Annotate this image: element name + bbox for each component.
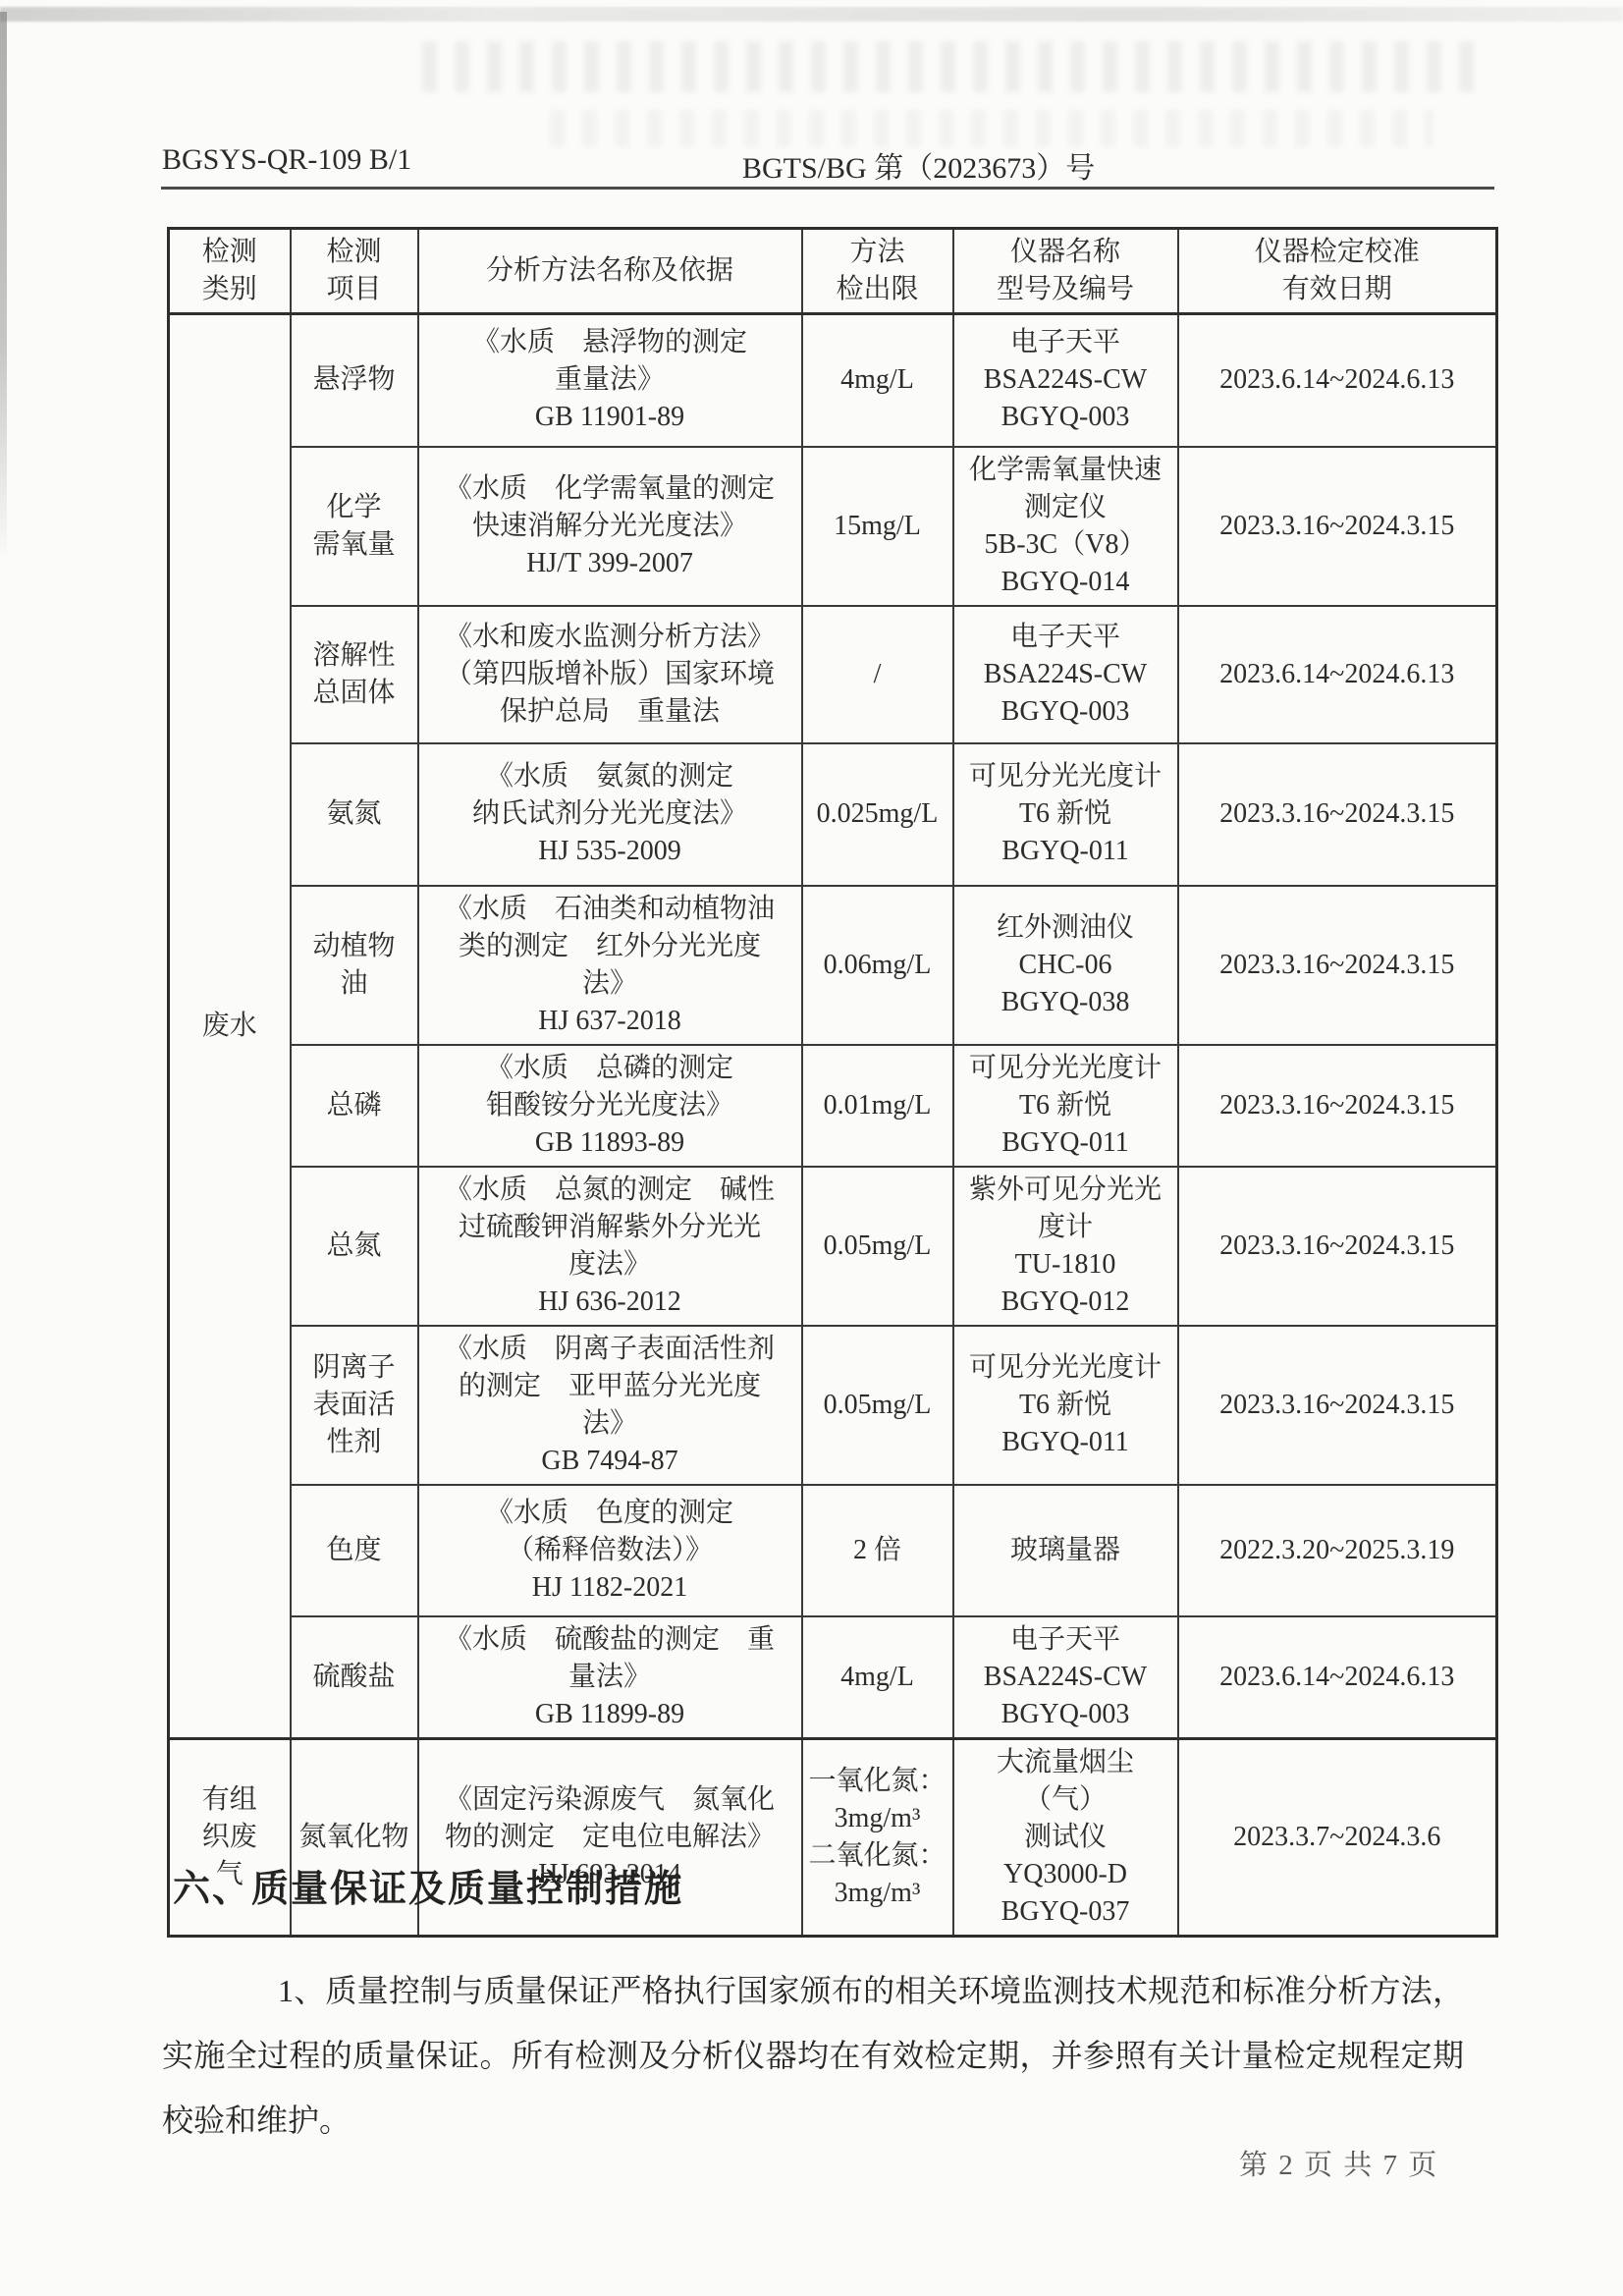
cell-method: 《水质 硫酸盐的测定 重 量法》 GB 11899-89: [418, 1616, 802, 1739]
cell-limit: 一氧化氮： 3mg/m³ 二氧化氮： 3mg/m³: [802, 1738, 953, 1936]
cell-instrument: 可见分光光度计 T6 新悦 BGYQ-011: [953, 1045, 1178, 1167]
cell-instrument: 电子天平 BSA224S-CW BGYQ-003: [953, 314, 1178, 447]
cell-method: 《水质 总氮的测定 碱性 过硫酸钾消解紫外分光光 度法》 HJ 636-2012: [418, 1167, 802, 1326]
cell-item: 悬浮物: [291, 314, 418, 447]
table-row: 溶解性 总固体 《水和废水监测分析方法》 （第四版增补版）国家环境 保护总局 重…: [169, 606, 1497, 743]
table-header-row: 检测 类别 检测 项目 分析方法名称及依据 方法 检出限 仪器名称 型号及编号 …: [169, 229, 1497, 314]
cell-item: 总氮: [291, 1167, 418, 1326]
cell-instrument: 电子天平 BSA224S-CW BGYQ-003: [953, 1616, 1178, 1739]
cell-instrument: 可见分光光度计 T6 新悦 BGYQ-011: [953, 1326, 1178, 1485]
cell-item: 化学 需氧量: [291, 447, 418, 606]
cell-instrument: 紫外可见分光光 度计 TU-1810 BGYQ-012: [953, 1167, 1178, 1326]
cell-method: 《水质 总磷的测定 钼酸铵分光光度法》 GB 11893-89: [418, 1045, 802, 1167]
cell-valid-date: 2023.3.16~2024.3.15: [1178, 886, 1497, 1045]
cell-valid-date: 2023.3.16~2024.3.15: [1178, 743, 1497, 886]
form-code: BGSYS-QR-109 B/1: [162, 143, 411, 177]
scan-left-edge-artifact: [0, 12, 7, 562]
cell-category-wastewater: 废水: [169, 314, 291, 1739]
col-header-category: 检测 类别: [169, 229, 291, 314]
table-row: 动植物 油 《水质 石油类和动植物油 类的测定 红外分光光度 法》 HJ 637…: [169, 886, 1497, 1045]
cell-method: 《水质 悬浮物的测定 重量法》 GB 11901-89: [418, 314, 802, 447]
cell-limit: 0.025mg/L: [802, 743, 953, 886]
cell-valid-date: 2023.6.14~2024.6.13: [1178, 314, 1497, 447]
cell-method: 《水质 色度的测定 （稀释倍数法）》 HJ 1182-2021: [418, 1485, 802, 1616]
scan-top-edge-artifact: [0, 7, 1623, 22]
cell-method: 《水和废水监测分析方法》 （第四版增补版）国家环境 保护总局 重量法: [418, 606, 802, 743]
cell-item: 硫酸盐: [291, 1616, 418, 1739]
cell-method: 《水质 石油类和动植物油 类的测定 红外分光光度 法》 HJ 637-2018: [418, 886, 802, 1045]
cell-limit: 0.05mg/L: [802, 1326, 953, 1485]
col-header-method: 分析方法名称及依据: [418, 229, 802, 314]
table-row: 总氮 《水质 总氮的测定 碱性 过硫酸钾消解紫外分光光 度法》 HJ 636-2…: [169, 1167, 1497, 1326]
report-number: BGTS/BG 第（2023673）号: [742, 143, 1095, 187]
cell-limit: 0.01mg/L: [802, 1045, 953, 1167]
cell-method: 《水质 化学需氧量的测定 快速消解分光光度法》 HJ/T 399-2007: [418, 447, 802, 606]
cell-valid-date: 2022.3.20~2025.3.19: [1178, 1485, 1497, 1616]
header-divider-line: [161, 187, 1494, 190]
cell-item: 总磷: [291, 1045, 418, 1167]
cell-valid-date: 2023.3.7~2024.3.6: [1178, 1738, 1497, 1936]
col-header-instrument: 仪器名称 型号及编号: [953, 229, 1178, 314]
section-title: 六、质量保证及质量控制措施: [173, 1858, 683, 1912]
col-header-detection-limit: 方法 检出限: [802, 229, 953, 314]
ink-bleedthrough-artifact: [422, 41, 1483, 92]
cell-item: 溶解性 总固体: [291, 606, 418, 743]
cell-limit: /: [802, 606, 953, 743]
cell-valid-date: 2023.3.16~2024.3.15: [1178, 1326, 1497, 1485]
page-number-indicator: 第 2 页 共 7 页: [1239, 2143, 1438, 2183]
cell-method: 《水质 氨氮的测定 纳氏试剂分光光度法》 HJ 535-2009: [418, 743, 802, 886]
cell-valid-date: 2023.6.14~2024.6.13: [1178, 606, 1497, 743]
col-header-item: 检测 项目: [291, 229, 418, 314]
cell-limit: 0.06mg/L: [802, 886, 953, 1045]
col-header-calibration-validity: 仪器检定校准 有效日期: [1178, 229, 1497, 314]
section-paragraph: 1、质量控制与质量保证严格执行国家颁布的相关环境监测技术规范和标准分析方法，实施…: [162, 1958, 1464, 2153]
cell-instrument: 可见分光光度计 T6 新悦 BGYQ-011: [953, 743, 1178, 886]
cell-limit: 2 倍: [802, 1485, 953, 1616]
cell-instrument: 化学需氧量快速 测定仪 5B-3C（V8） BGYQ-014: [953, 447, 1178, 606]
cell-item: 氨氮: [291, 743, 418, 886]
cell-instrument: 玻璃量器: [953, 1485, 1178, 1616]
table-row: 氨氮 《水质 氨氮的测定 纳氏试剂分光光度法》 HJ 535-2009 0.02…: [169, 743, 1497, 886]
cell-valid-date: 2023.3.16~2024.3.15: [1178, 1045, 1497, 1167]
table-row: 总磷 《水质 总磷的测定 钼酸铵分光光度法》 GB 11893-89 0.01m…: [169, 1045, 1497, 1167]
cell-item: 阴离子 表面活 性剂: [291, 1326, 418, 1485]
cell-limit: 0.05mg/L: [802, 1167, 953, 1326]
cell-valid-date: 2023.6.14~2024.6.13: [1178, 1616, 1497, 1739]
table-row: 废水 悬浮物 《水质 悬浮物的测定 重量法》 GB 11901-89 4mg/L…: [169, 314, 1497, 447]
table-row: 色度 《水质 色度的测定 （稀释倍数法）》 HJ 1182-2021 2 倍 玻…: [169, 1485, 1497, 1616]
cell-limit: 4mg/L: [802, 314, 953, 447]
ink-bleedthrough-artifact: [550, 110, 1434, 147]
cell-instrument: 电子天平 BSA224S-CW BGYQ-003: [953, 606, 1178, 743]
cell-method: 《水质 阴离子表面活性剂 的测定 亚甲蓝分光光度 法》 GB 7494-87: [418, 1326, 802, 1485]
table-row: 化学 需氧量 《水质 化学需氧量的测定 快速消解分光光度法》 HJ/T 399-…: [169, 447, 1497, 606]
document-header: BGSYS-QR-109 B/1 BGTS/BG 第（2023673）号: [162, 143, 1494, 185]
cell-limit: 4mg/L: [802, 1616, 953, 1739]
cell-valid-date: 2023.3.16~2024.3.15: [1178, 447, 1497, 606]
cell-limit: 15mg/L: [802, 447, 953, 606]
table-row: 阴离子 表面活 性剂 《水质 阴离子表面活性剂 的测定 亚甲蓝分光光度 法》 G…: [169, 1326, 1497, 1485]
cell-item: 动植物 油: [291, 886, 418, 1045]
cell-valid-date: 2023.3.16~2024.3.15: [1178, 1167, 1497, 1326]
method-instrument-table: 检测 类别 检测 项目 分析方法名称及依据 方法 检出限 仪器名称 型号及编号 …: [167, 227, 1498, 1938]
cell-item: 色度: [291, 1485, 418, 1616]
cell-instrument: 大流量烟尘（气） 测试仪 YQ3000-D BGYQ-037: [953, 1738, 1178, 1936]
cell-instrument: 红外测油仪 CHC-06 BGYQ-038: [953, 886, 1178, 1045]
table-row: 硫酸盐 《水质 硫酸盐的测定 重 量法》 GB 11899-89 4mg/L 电…: [169, 1616, 1497, 1739]
